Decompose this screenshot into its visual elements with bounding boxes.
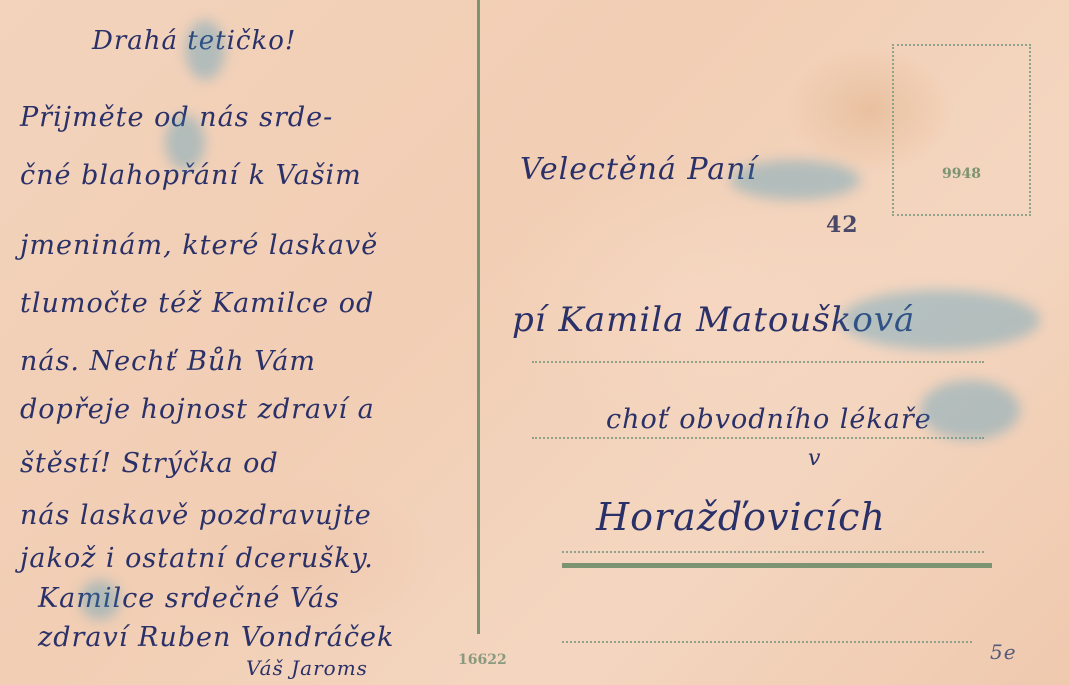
salutation: Velectěná Paní [520,152,757,187]
address-line-3 [562,551,984,553]
place: Horažďovicích [596,495,886,539]
message-line: zdraví Ruben Vondráček [38,622,394,653]
message-line: jmeninám, které laskavě [20,230,378,261]
message-line: nás laskavě pozdravujte [20,500,372,531]
place-prefix: v [808,446,821,471]
ink-smudge [165,115,205,170]
address-line-4 [562,641,972,643]
message-line: nás. Nechť Bůh Vám [20,346,316,377]
ink-smudge [840,290,1040,350]
ink-smudge [730,160,860,200]
address-line-1 [532,361,984,363]
address-line-2 [532,437,984,439]
ink-smudge [920,380,1020,440]
ink-smudge [185,20,225,80]
message-line: štěstí! Strýčka od [20,448,279,479]
message-line: dopřeje hojnost zdraví a [20,394,375,425]
signature: Váš Jaroms [246,656,368,680]
corner-mark: 5e [990,640,1017,664]
print-number: 16622 [458,652,507,668]
postcard: Drahá tetičko! Přijměte od nás srde- čné… [0,0,1069,685]
ink-smudge [80,580,120,620]
stamp-box: 9948 [892,44,1031,216]
pencil-note: 42 [826,212,859,238]
message-line: jakož i ostatní dcerušky. [20,543,374,574]
recipient-title: choť obvodního lékaře [606,404,932,435]
stamp-number: 9948 [894,166,1029,182]
center-divider [477,0,480,634]
message-line: tlumočte též Kamilce od [20,288,374,319]
address-underline [562,563,992,568]
